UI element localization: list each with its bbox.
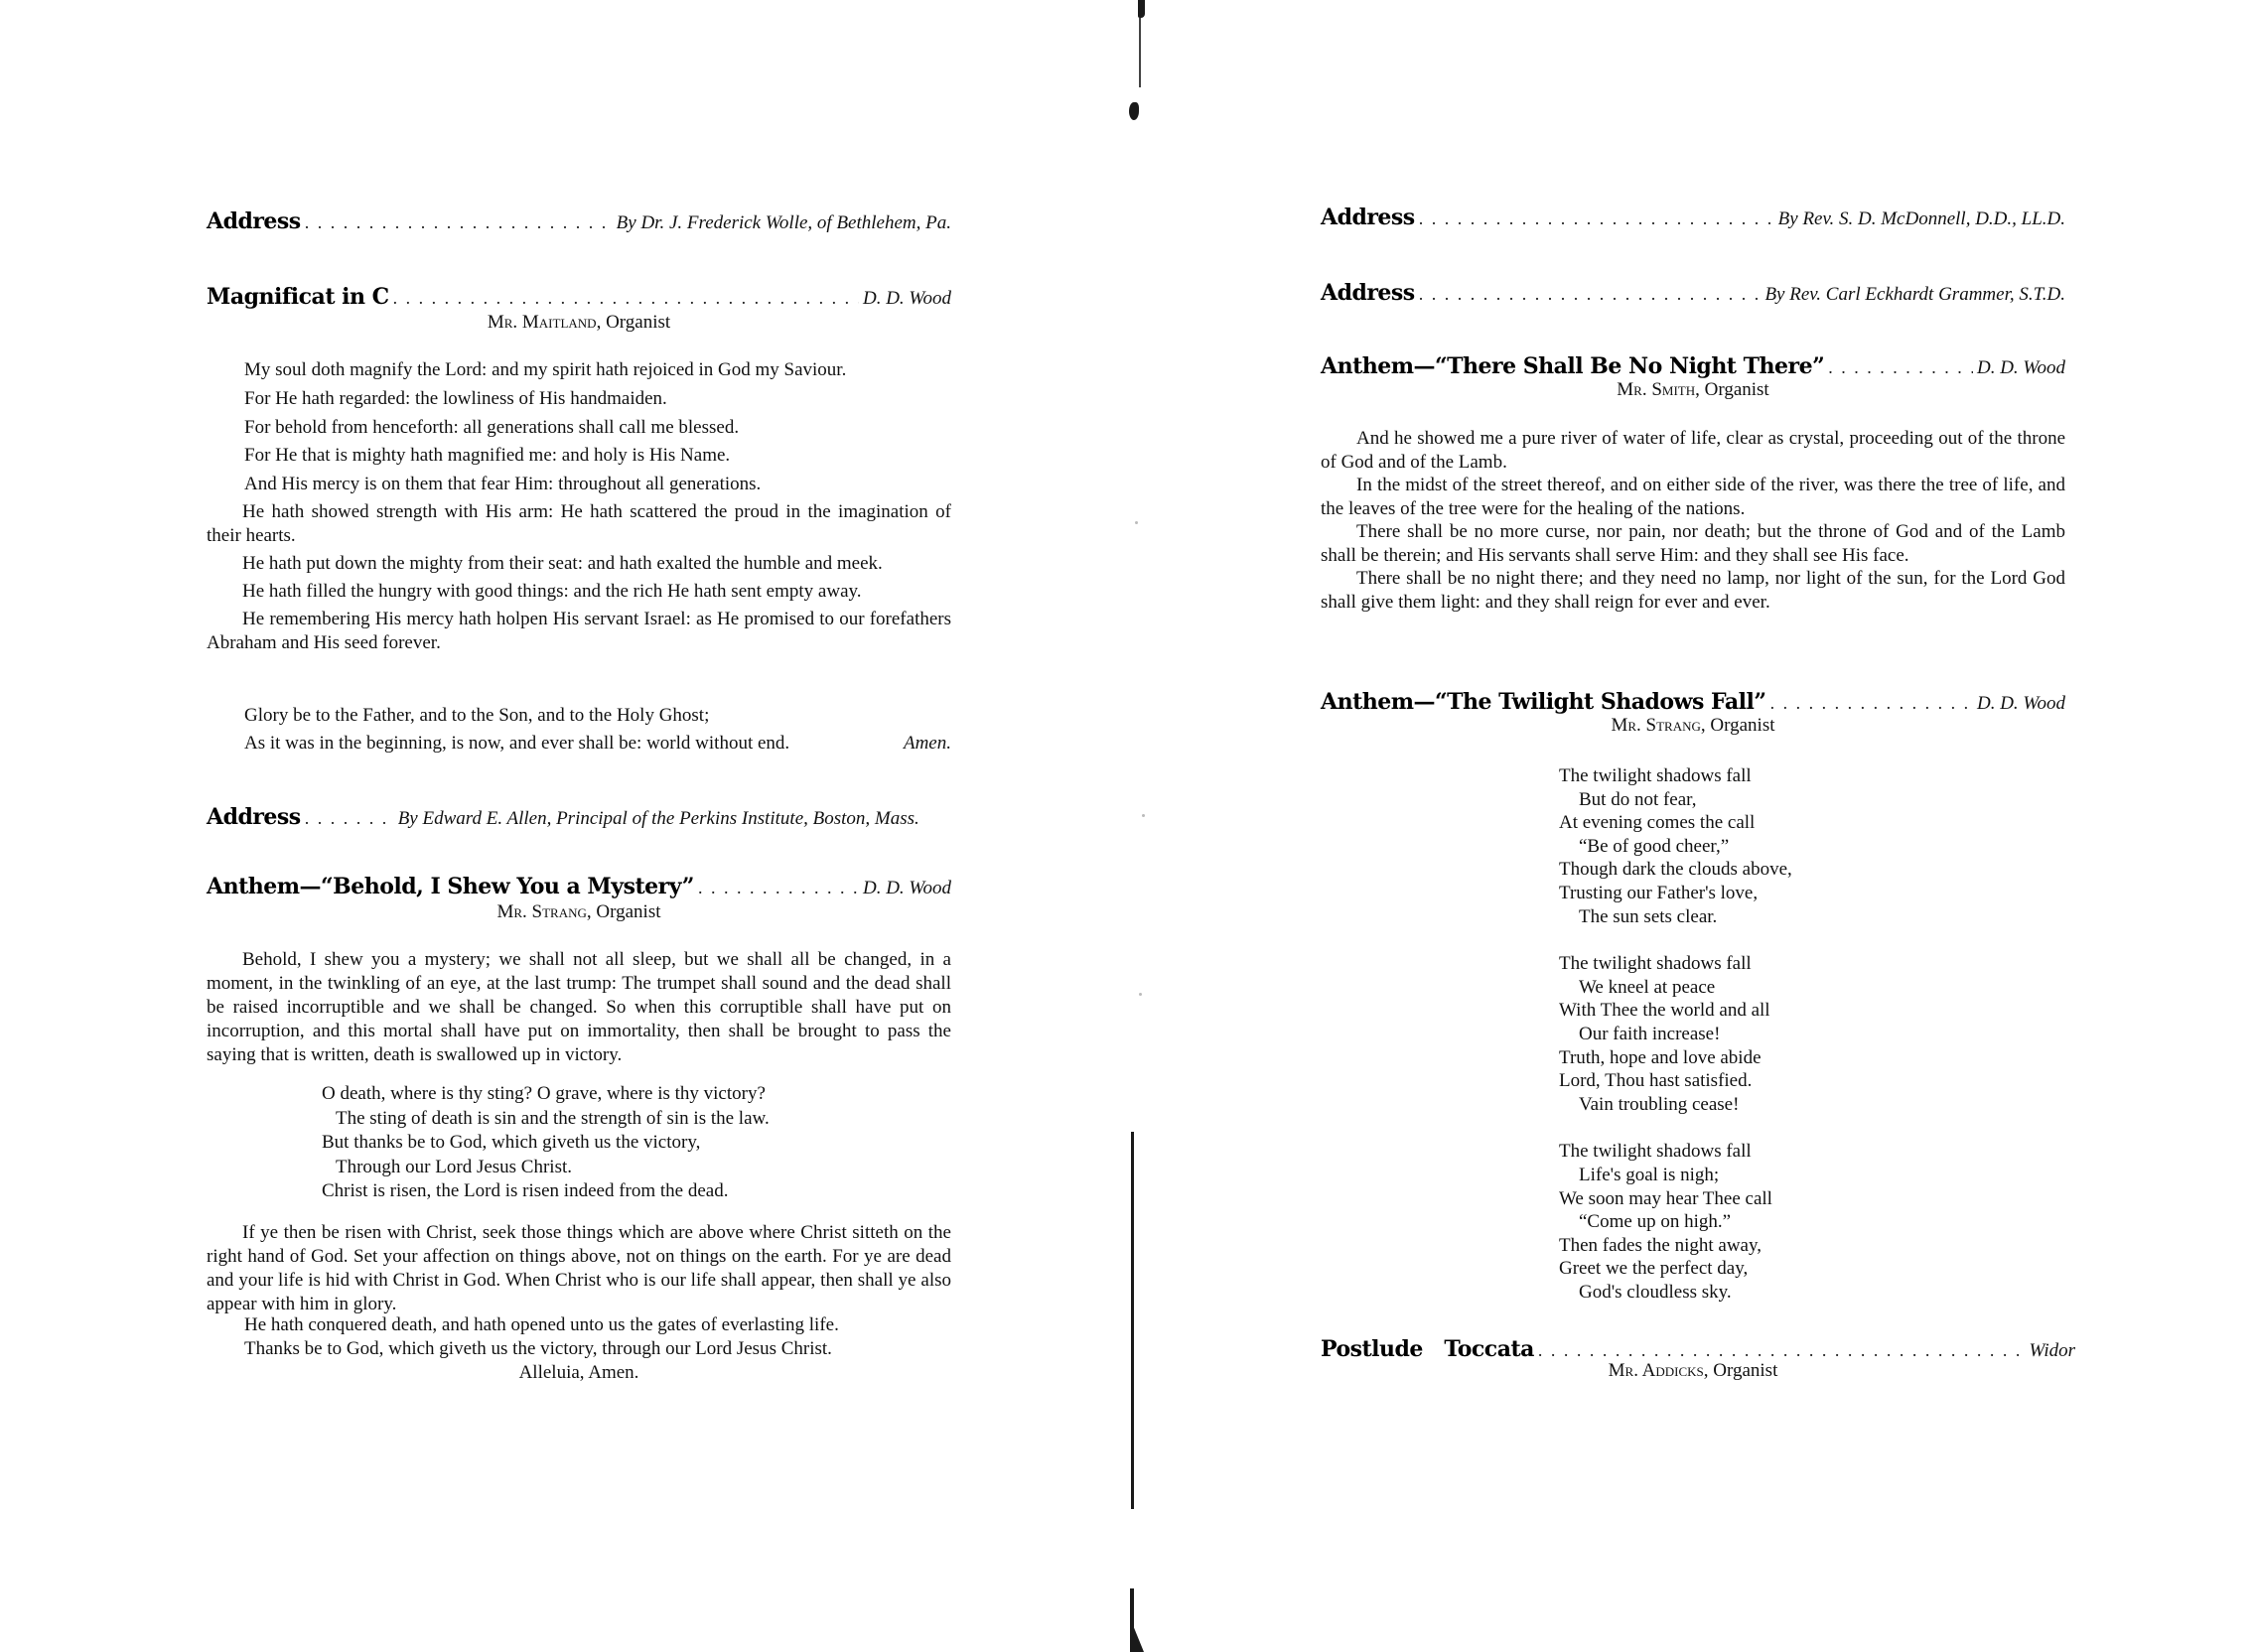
organist-credit: Mr. Strang, Organist [207,901,951,923]
stanza-line: Greet we the perfect day, [1559,1257,1792,1281]
organist-credit: Mr. Maitland, Organist [207,312,951,334]
hymn-stanzas: The twilight shadows fallBut do not fear… [1559,764,1792,1327]
program-entry: Address By Edward E. Allen, Principal of… [207,804,951,830]
stanza-line: We kneel at peace [1559,976,1792,1000]
stanza-line: “Come up on high.” [1559,1210,1792,1234]
stanza-line: Truth, hope and love abide [1559,1046,1792,1070]
leader-dots [305,212,613,233]
organist-credit: Mr. Addicks, Organist [1321,1360,2065,1382]
program-entry: Address By Rev. Carl Eckhardt Grammer, S… [1321,280,2065,306]
entry-credit: By Dr. J. Frederick Wolle, of Bethlehem,… [617,212,951,234]
stanza-line: At evening comes the call [1559,811,1792,835]
program-entry: Anthem—“Behold, I Shew You a Mystery” D.… [207,874,951,899]
stanza-line: “Be of good cheer,” [1559,835,1792,859]
program-entry: Magnificat in C D. D. Wood [207,284,951,310]
organist-credit: Mr. Strang, Organist [1321,715,2065,737]
stanza-line: Though dark the clouds above, [1559,858,1792,882]
stanza-line: Life's goal is nigh; [1559,1164,1792,1187]
verse-block: O death, where is thy sting? O grave, wh… [322,1082,770,1204]
stanza-line: The twilight shadows fall [1559,764,1792,788]
stanza-line: God's cloudless sky. [1559,1281,1792,1305]
stanza-line: The sun sets clear. [1559,905,1792,929]
entry-credit: D. D. Wood [863,288,951,310]
right-page: Address By Rev. S. D. McDonnell, D.D., L… [1132,0,2256,1652]
organist-credit: Mr. Smith, Organist [1321,379,2065,401]
amen: Amen. [904,733,951,755]
canticle-line: For behold from henceforth: all generati… [244,417,739,439]
entry-title: Anthem—“The Twilight Shadows Fall” [1321,689,1766,715]
stanza-line: We soon may hear Thee call [1559,1187,1792,1211]
canticle-line: For He hath regarded: the lowliness of H… [244,388,667,410]
program-entry: Address By Rev. S. D. McDonnell, D.D., L… [1321,205,2065,230]
stanza-line: Our faith increase! [1559,1023,1792,1046]
leader-dots [1419,284,1762,305]
stanza-line: The twilight shadows fall [1559,952,1792,976]
left-page: Address By Dr. J. Frederick Wolle, of Be… [0,0,1122,1652]
canticle-line: And His mercy is on them that fear Him: … [244,474,761,495]
stanza-line: Then fades the night away, [1559,1234,1792,1258]
program-entry: Anthem—“There Shall Be No Night There” D… [1321,353,2065,379]
entry-credit: Widor [2030,1340,2075,1362]
leader-dots [698,878,859,898]
entry-title: Postlude Toccata [1321,1336,1534,1362]
leader-dots [1770,693,1973,714]
entry-title: Address [1321,280,1415,306]
leader-dots [305,808,394,829]
entry-credit: D. D. Wood [1977,693,2065,715]
entry-title: Address [1321,205,1415,230]
leader-dots [1828,357,1973,378]
anthem-text: If ye then be risen with Christ, seek th… [207,1221,951,1316]
entry-credit: D. D. Wood [863,878,951,899]
gloria-line: As it was in the beginning, is now, and … [244,733,951,755]
entry-title: Address [207,804,301,830]
stanza: The twilight shadows fallBut do not fear… [1559,764,1792,928]
entry-title: Address [207,208,301,234]
entry-title: Anthem—“There Shall Be No Night There” [1321,353,1824,379]
closing-line: Alleluia, Amen. [207,1362,951,1384]
leader-dots [1419,208,1774,229]
canticle-paragraph: He hath showed strength with His arm: He… [207,500,951,655]
closing-line: Thanks be to God, which giveth us the vi… [244,1338,832,1360]
entry-credit: By Edward E. Allen, Principal of the Per… [398,808,919,830]
stanza-line: The twilight shadows fall [1559,1140,1792,1164]
stanza-line: But do not fear, [1559,788,1792,812]
stanza: The twilight shadows fallWe kneel at pea… [1559,952,1792,1116]
stanza-line: Trusting our Father's love, [1559,882,1792,905]
stanza-line: With Thee the world and all [1559,999,1792,1023]
stanza-line: Lord, Thou hast satisfied. [1559,1069,1792,1093]
entry-title: Magnificat in C [207,284,389,310]
closing-line: He hath conquered death, and hath opened… [244,1314,839,1336]
entry-credit: By Rev. Carl Eckhardt Grammer, S.T.D. [1764,284,2065,306]
entry-title: Anthem—“Behold, I Shew You a Mystery” [207,874,694,899]
anthem-text: And he showed me a pure river of water o… [1321,427,2065,614]
canticle-line: My soul doth magnify the Lord: and my sp… [244,359,846,381]
stanza-line: Vain troubling cease! [1559,1093,1792,1117]
program-entry: Anthem—“The Twilight Shadows Fall” D. D.… [1321,689,2065,715]
leader-dots [1538,1340,2026,1361]
canticle-line: For He that is mighty hath magnified me:… [244,445,730,467]
program-entry: Address By Dr. J. Frederick Wolle, of Be… [207,208,951,234]
entry-credit: By Rev. S. D. McDonnell, D.D., LL.D. [1778,208,2065,230]
program-entry: Postlude Toccata Widor [1321,1336,2075,1362]
gloria-line: Glory be to the Father, and to the Son, … [244,705,709,727]
entry-credit: D. D. Wood [1977,357,2065,379]
stanza: The twilight shadows fallLife's goal is … [1559,1140,1792,1304]
leader-dots [393,288,859,309]
anthem-text: Behold, I shew you a mystery; we shall n… [207,948,951,1067]
